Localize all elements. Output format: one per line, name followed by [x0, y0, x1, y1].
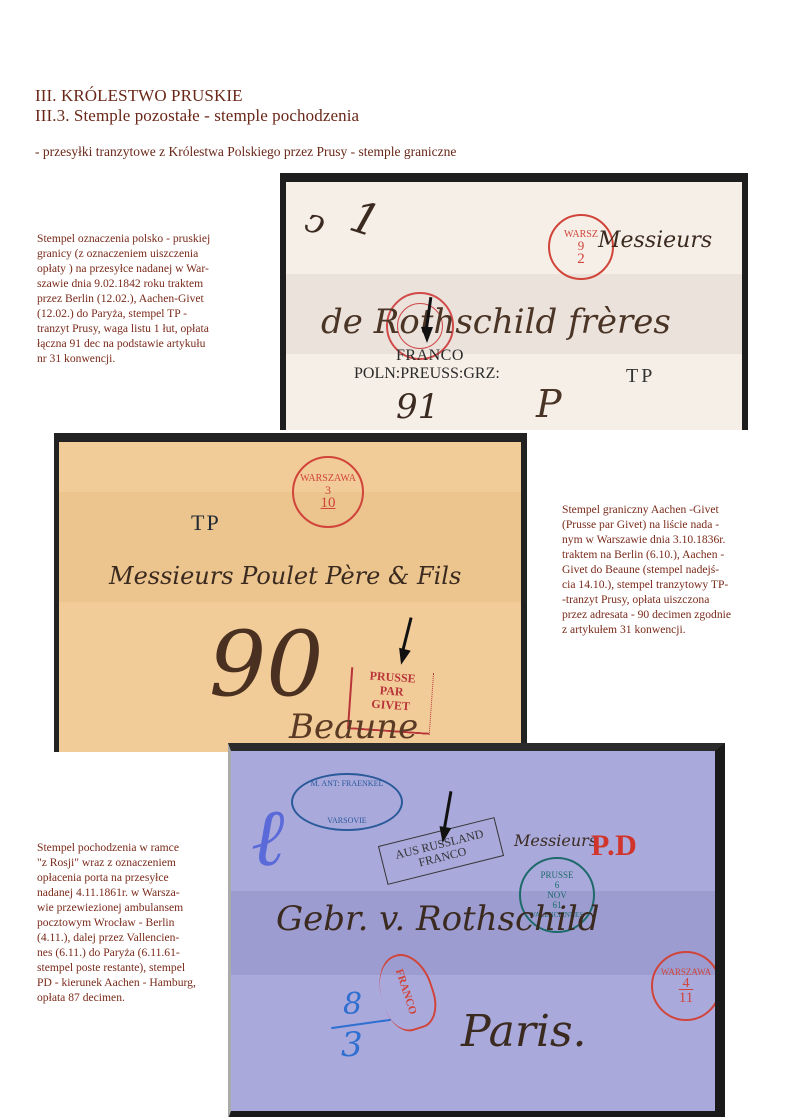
tp-stamp: TP: [626, 365, 655, 388]
blue-pencil-mark: ℓ: [251, 791, 284, 885]
salutation: Messieurs: [598, 228, 712, 253]
fraction-bottom: 3: [341, 1025, 363, 1065]
caption-item-1: Stempel oznaczenia polsko - pruskiej gra…: [37, 231, 267, 366]
city: Paris.: [461, 1006, 587, 1057]
caption-item-2: Stempel graniczny Aachen -Givet (Prusse …: [562, 502, 792, 637]
cover-1836-beaune: WARSZAWA 3 10 TP Messieurs Poulet Père &…: [54, 433, 527, 752]
corner-number: 1: [344, 191, 386, 248]
tp-stamp: TP: [191, 510, 221, 536]
cover-1861-paris: M. ANT: FRAENKEL VARSOVIE ℓ AUS RUSSLAND…: [228, 743, 725, 1117]
warszawa-postmark: WARSZAWA 3 10: [292, 456, 364, 528]
city: P: [536, 382, 562, 426]
salutation: Messieurs: [514, 831, 597, 850]
city: Beaune: [289, 707, 418, 747]
section-title: III.3. Stemple pozostałe - stemple pocho…: [35, 106, 359, 126]
sender-oval-stamp: M. ANT: FRAENKEL VARSOVIE: [291, 773, 403, 831]
caption-item-3: Stempel pochodzenia w ramce "z Rosji" wr…: [37, 840, 247, 1005]
page-title: III. KRÓLESTWO PRUSKIE: [35, 86, 243, 106]
fraction-top: 8: [343, 987, 362, 1022]
franco-stamp: FRANCO: [396, 347, 464, 365]
addressee: de Rothschild frères: [321, 302, 671, 342]
rate-mark: 90: [209, 612, 324, 717]
warszawa-postmark: WARSZAWA 4 11: [651, 951, 721, 1021]
corner-mark: ↄ: [300, 200, 332, 244]
pd-stamp: P.D: [591, 829, 637, 863]
cover-1842-rothschild: ↄ 1 WARSZ 9 2 Messieurs de Rothschild fr…: [280, 173, 748, 430]
addressee: Messieurs Poulet Père & Fils: [109, 562, 461, 590]
addressee: Gebr. v. Rothschild: [276, 899, 600, 939]
page-subtitle: - przesyłki tranzytowe z Królestwa Polsk…: [35, 144, 456, 160]
rate-mark: 91: [396, 387, 439, 427]
poln-preuss-grz-stamp: POLN:PREUSS:GRZ:: [354, 365, 500, 383]
